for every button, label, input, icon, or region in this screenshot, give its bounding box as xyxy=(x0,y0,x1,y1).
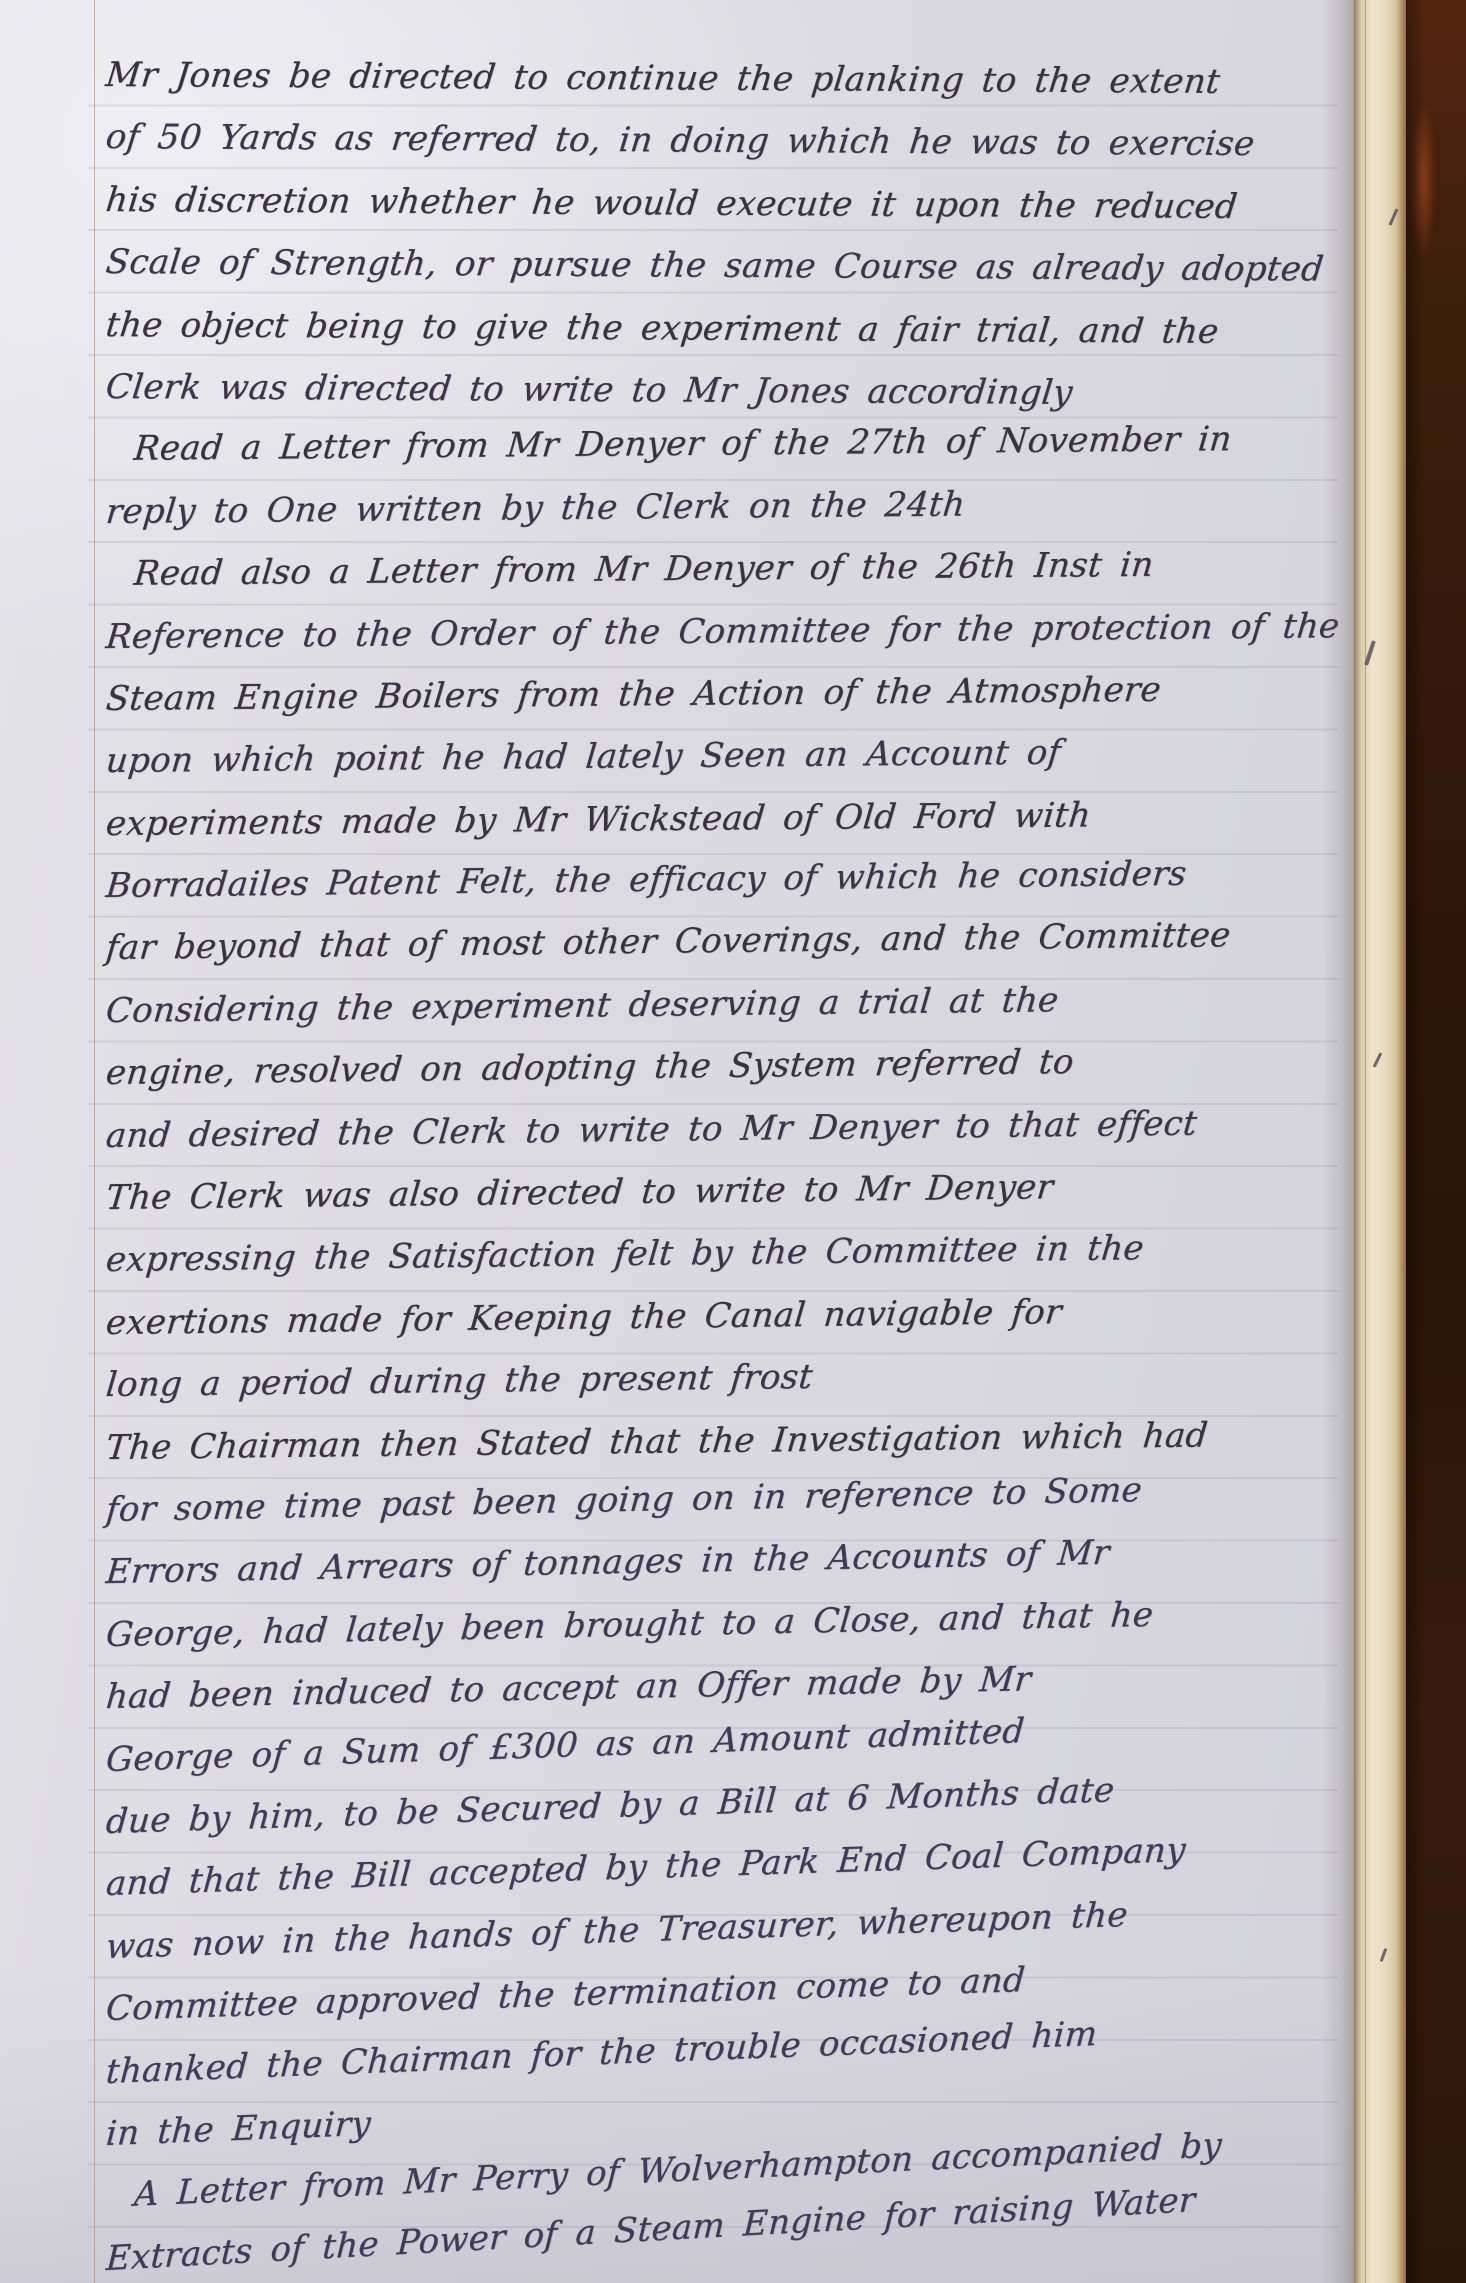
handwritten-line: of 50 Yards as referred to, in doing whi… xyxy=(103,106,1370,176)
handwritten-line: the object being to give the experiment … xyxy=(103,294,1370,364)
handwritten-text-block: Mr Jones be directed to continue the pla… xyxy=(106,44,1366,2283)
handwritten-line: Steam Engine Boilers from the Action of … xyxy=(103,657,1369,730)
page-curve-shadow xyxy=(1322,0,1354,2283)
handwritten-line: Scale of Strength, or pursue the same Co… xyxy=(103,231,1370,301)
page-fore-edge xyxy=(1354,0,1408,2283)
handwritten-line: Reference to the Order of the Committee … xyxy=(103,594,1369,667)
margin-rule xyxy=(94,0,95,2283)
handwritten-line: Mr Jones be directed to continue the pla… xyxy=(103,44,1370,114)
handwritten-line: Read a Letter from Mr Denyer of the 27th… xyxy=(103,407,1369,480)
handwritten-line: upon which point he had lately Seen an A… xyxy=(103,719,1369,792)
binding-highlight xyxy=(1410,70,1438,290)
handwritten-line: Read also a Letter from Mr Denyer of the… xyxy=(103,532,1369,605)
handwritten-line: his discretion whether he would execute … xyxy=(103,169,1370,239)
minute-book-page: Mr Jones be directed to continue the pla… xyxy=(0,0,1466,2283)
handwritten-line: reply to One written by the Clerk on the… xyxy=(103,470,1369,543)
book-binding xyxy=(1406,0,1466,2283)
